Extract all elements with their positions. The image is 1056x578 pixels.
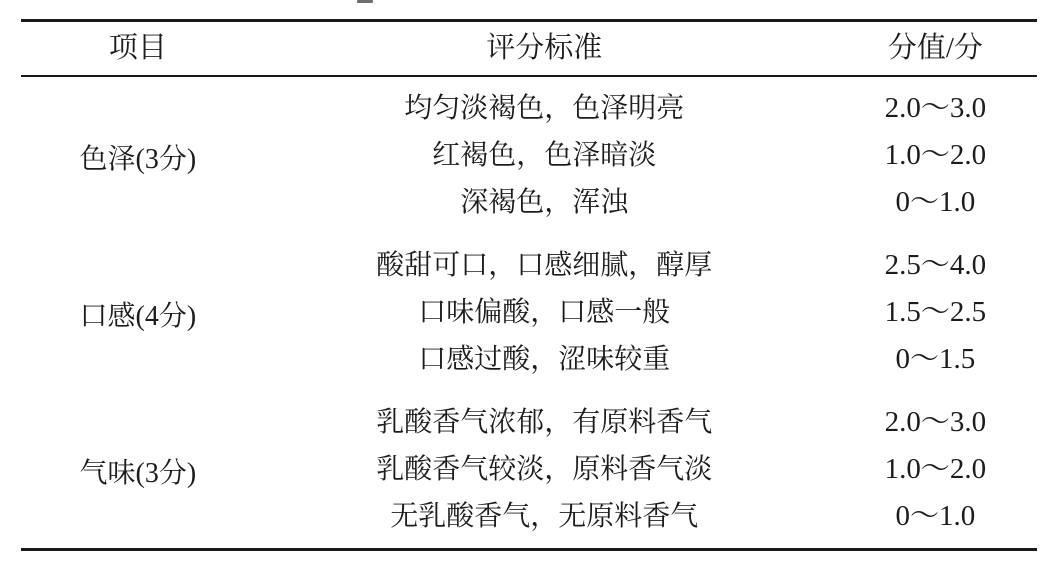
score-cell: 1.5～2.5 <box>834 289 1037 336</box>
criteria-cell: 乳酸香气浓郁，有原料香气 <box>255 391 834 446</box>
table-row: 气味(3分) 乳酸香气浓郁，有原料香气 2.0～3.0 <box>21 391 1037 446</box>
criteria-cell: 无乳酸香气，无原料香气 <box>255 493 834 550</box>
criteria-cell: 口味偏酸，口感一般 <box>255 289 834 336</box>
score-cell: 2.0～3.0 <box>834 76 1037 132</box>
criteria-cell: 均匀淡褐色，色泽明亮 <box>255 76 834 132</box>
page: { "colors": { "page_background": "#fffff… <box>0 0 1056 578</box>
cropped-caption-fragment <box>357 0 373 3</box>
column-header-criteria: 评分标准 <box>255 21 834 77</box>
column-header-item: 项目 <box>21 21 255 77</box>
criteria-cell: 乳酸香气较淡，原料香气淡 <box>255 446 834 493</box>
criteria-cell: 红褐色，色泽暗淡 <box>255 132 834 179</box>
score-cell: 0～1.0 <box>834 179 1037 234</box>
table-row: 色泽(3分) 均匀淡褐色，色泽明亮 2.0～3.0 <box>21 76 1037 132</box>
sensory-evaluation-table: 项目 评分标准 分值/分 色泽(3分) 均匀淡褐色，色泽明亮 2.0～3.0 红… <box>21 19 1037 551</box>
header-row: 项目 评分标准 分值/分 <box>21 21 1037 77</box>
score-cell: 2.5～4.0 <box>834 234 1037 289</box>
column-header-score: 分值/分 <box>834 21 1037 77</box>
item-cell-smell: 气味(3分) <box>21 391 255 550</box>
score-cell: 1.0～2.0 <box>834 132 1037 179</box>
table-row: 口感(4分) 酸甜可口，口感细腻，醇厚 2.5～4.0 <box>21 234 1037 289</box>
criteria-cell: 口感过酸，涩味较重 <box>255 336 834 391</box>
item-cell-taste: 口感(4分) <box>21 234 255 391</box>
criteria-cell: 酸甜可口，口感细腻，醇厚 <box>255 234 834 289</box>
item-cell-color: 色泽(3分) <box>21 76 255 234</box>
score-cell: 1.0～2.0 <box>834 446 1037 493</box>
score-cell: 0～1.5 <box>834 336 1037 391</box>
score-cell: 0～1.0 <box>834 493 1037 550</box>
criteria-cell: 深褐色，浑浊 <box>255 179 834 234</box>
score-cell: 2.0～3.0 <box>834 391 1037 446</box>
